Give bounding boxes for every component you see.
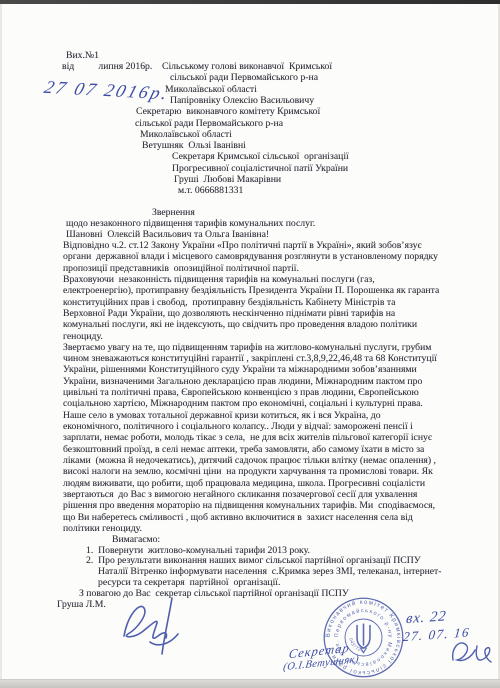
- body-line: Звертаємо увагу на те, що підвищенням та…: [63, 342, 439, 353]
- recipient-line: Секретаря Кримської сільської організаці…: [172, 152, 349, 162]
- recipient-line: Секретарю виконавчого комітету Кримської: [136, 107, 320, 117]
- recipient-line: Миколаївської області: [140, 130, 232, 140]
- recipient-line: сільської ради Первомайського р-на: [135, 119, 283, 129]
- ref-number: Вих.№1: [66, 51, 99, 61]
- body-line: Наше село в умовах тотальної державної к…: [63, 410, 439, 421]
- scan-top-edge: [0, 0, 500, 4]
- body-line: економічного, політичного і соціального …: [63, 421, 439, 432]
- document-title: Звернення: [152, 208, 195, 218]
- secretary-initials-signature: [447, 636, 497, 676]
- body-paragraph: Відповідно ч.2. ст.12 Закону України «Пр…: [63, 240, 439, 534]
- body-line: безкоштовний проїзд, в селі немає аптеки…: [63, 444, 439, 455]
- body-line: електроенергію), протиправну бездіяльніс…: [63, 285, 439, 296]
- signature-stroke: [112, 596, 190, 656]
- scan-bottom-edge: [0, 679, 500, 688]
- recipient-line: Сільському голові виконавчої Кримської: [162, 62, 332, 72]
- recipient-line: Папіровніку Олексію Васильовичу: [170, 96, 314, 106]
- demand-item-continuation: ресурси та секретаря партійної організац…: [98, 578, 280, 588]
- date-line: від липня 2016р.: [62, 62, 152, 72]
- body-line: цивільні та політичні права, Європейсько…: [63, 387, 439, 398]
- recipient-phone: м.т. 0666881331: [178, 186, 243, 196]
- subject-line: щодо незаконного підвищення тарифів кому…: [66, 219, 315, 229]
- body-line: зарплати, немає роботи, молодь тікає з с…: [63, 432, 439, 443]
- body-line: людям виживати, що робити, щоб працювала…: [63, 478, 439, 489]
- body-line: Відповідно ч.2. ст.12 Закону України «Пр…: [63, 240, 439, 251]
- body-line: звертаються до Вас з вимогою негайного с…: [63, 489, 439, 500]
- scan-left-edge: [0, 4, 2, 688]
- body-line: комунальні послуги, які не індексують, щ…: [63, 319, 439, 330]
- handwritten-date: 27 07 2016р.: [42, 77, 173, 104]
- demand-item-continuation: Наталії Вітренко інформувати населення с…: [98, 567, 442, 577]
- incoming-number: вх. 22: [405, 608, 447, 628]
- body-line: Верховної Ради України, що дозволяють не…: [63, 308, 439, 319]
- body-line: рішення про введення мораторію на підвищ…: [63, 500, 439, 511]
- signer-name: Груша Л.М.: [57, 600, 106, 610]
- body-line: ліками (можна й недочекатись), дитячий с…: [63, 455, 439, 466]
- demands-heading: Вимагаємо:: [112, 535, 160, 545]
- recipient-line: Миколаївської області: [165, 85, 257, 95]
- salutation-line: Шановні Олексій Васильович та Ольга Іван…: [66, 230, 269, 240]
- body-line: України, рішеннями Конституційного суду …: [63, 364, 439, 375]
- recipient-line: Груші Любові Макарівни: [174, 175, 281, 185]
- body-line: органи державної влади і місцевого самов…: [63, 251, 439, 262]
- body-line: Враховуючи незаконність підвищення тариф…: [63, 274, 439, 285]
- recipient-line: Ветушняк Ользі Іванівні: [142, 141, 246, 151]
- body-line: пропозиції представників опозиційної пол…: [63, 263, 439, 274]
- scanned-letter-page: Вих.№1 від липня 2016р. 27 07 2016р. Сіл…: [0, 0, 500, 688]
- body-line: України, визначеними Загальною деклараці…: [63, 376, 439, 387]
- body-line: геноциду.: [63, 331, 439, 342]
- recipient-line: Прогресивної соціалістичної патії Україн…: [172, 164, 348, 174]
- body-line: конституційних прав і свобод, протиправн…: [63, 297, 439, 308]
- body-line: що Ви наберетесь сміливості , щоб активн…: [63, 512, 439, 523]
- demand-item: 1. Повернути житлово-комунальні тарифи 2…: [86, 546, 310, 556]
- recipient-line: сільської ради Первомайського р-на: [170, 73, 318, 83]
- demand-item: 2. Про результати виконання наших вимог …: [86, 556, 421, 566]
- body-line: політики геноциду.: [63, 523, 439, 534]
- body-line: чином зневажаються конституційні гаранті…: [63, 353, 439, 364]
- body-line: соціальною хартією, Міжнародним пактом п…: [63, 398, 439, 409]
- body-line: високі налоги на землю, космічні ціни на…: [63, 466, 439, 477]
